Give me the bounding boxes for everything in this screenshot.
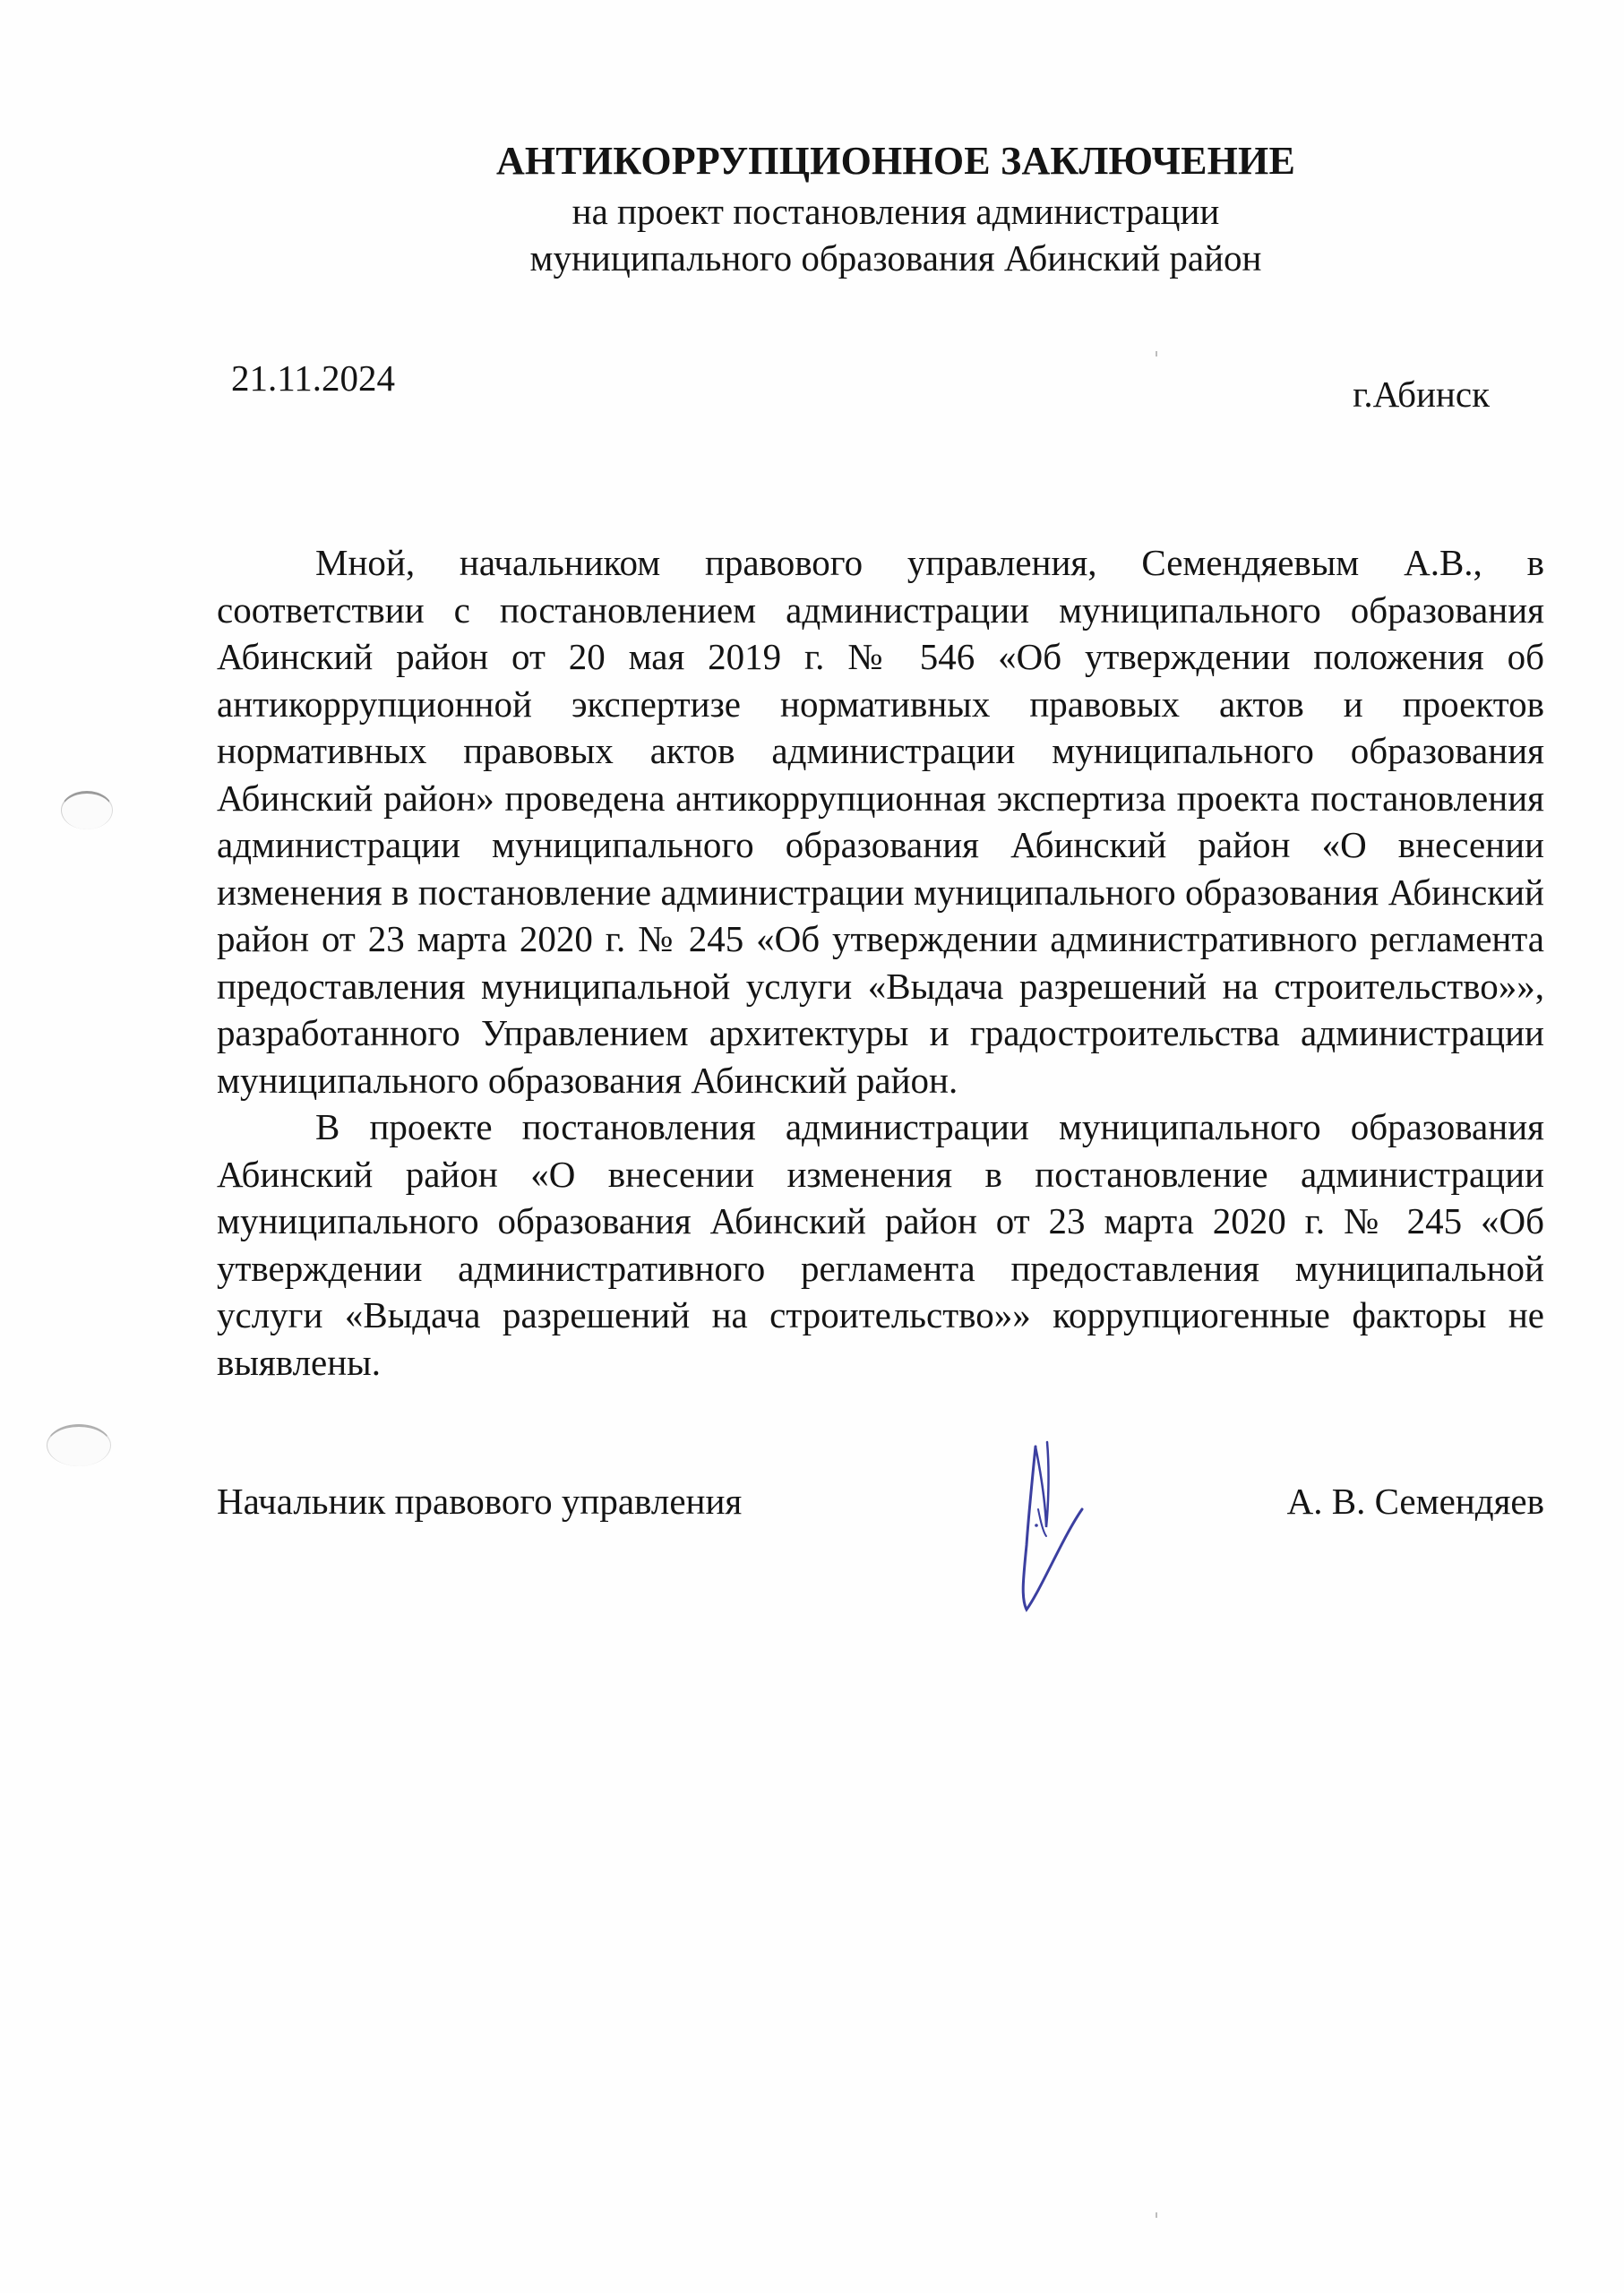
signature-block: Начальник правового управления А. В. Сем… <box>217 1469 1544 1630</box>
document-date: 21.11.2024 <box>231 356 395 399</box>
document-subtitle-line1: на проект постановления администрации <box>376 188 1415 235</box>
document-page: АНТИКОРРУПЦИОННОЕ ЗАКЛЮЧЕНИЕ на проект п… <box>0 0 1624 2293</box>
punch-hole-mark <box>61 791 113 829</box>
date-place-row: 21.11.2024 г.Абинск <box>231 356 1490 410</box>
signer-name: А. В. Семендяев <box>1287 1480 1544 1523</box>
punch-hole-mark <box>47 1424 111 1466</box>
document-body: Мной, начальником правового управления, … <box>217 539 1544 1386</box>
document-title: АНТИКОРРУПЦИОННОЕ ЗАКЛЮЧЕНИЕ <box>376 134 1415 188</box>
body-paragraph-2: В проекте постановления администрации му… <box>217 1104 1544 1386</box>
document-header: АНТИКОРРУПЦИОННОЕ ЗАКЛЮЧЕНИЕ на проект п… <box>376 134 1415 281</box>
document-subtitle-line2: муниципального образования Абинский райо… <box>376 235 1415 281</box>
scan-speck <box>1156 2212 1157 2218</box>
signer-position: Начальник правового управления <box>217 1480 742 1523</box>
document-city: г.Абинск <box>1353 373 1490 416</box>
handwritten-signature-icon <box>996 1420 1121 1626</box>
body-paragraph-1: Мной, начальником правового управления, … <box>217 539 1544 1104</box>
